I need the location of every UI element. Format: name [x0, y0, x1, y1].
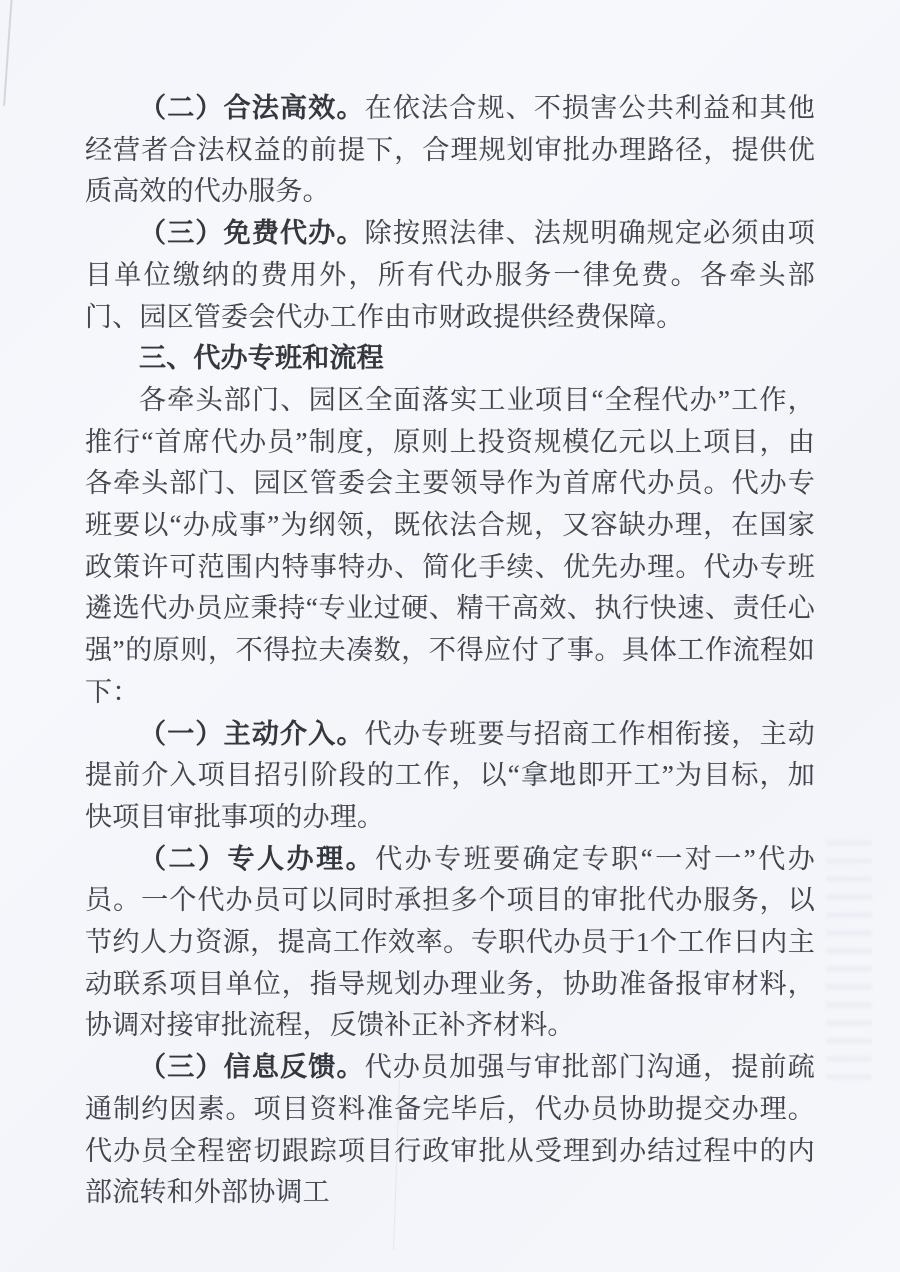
paragraph: （二）合法高效。在依法合规、不损害公共利益和其他经营者合法权益的前提下，合理规划…	[85, 88, 815, 213]
scan-edge-artifact	[3, 0, 13, 106]
paragraph: （三）免费代办。除按照法律、法规明确规定必须由项目单位缴纳的费用外，所有代办服务…	[85, 213, 815, 338]
ink-bleed-artifact	[826, 840, 872, 1080]
paragraph-lead: （一）主动介入。	[139, 719, 365, 749]
paragraph-lead: （二）专人办理。	[139, 844, 375, 874]
paragraph: （一）主动介入。代办专班要与招商工作相衔接，主动提前介入项目招引阶段的工作，以“…	[85, 714, 815, 839]
paragraph-lead: （二）合法高效。	[139, 93, 365, 123]
scanned-page: （二）合法高效。在依法合规、不损害公共利益和其他经营者合法权益的前提下，合理规划…	[0, 0, 900, 1272]
paragraph-lead: （三）免费代办。	[139, 218, 365, 248]
paragraph-text: 各牵头部门、园区全面落实工业项目“全程代办”工作，推行“首席代办员”制度，原则上…	[85, 385, 815, 707]
document-body: （二）合法高效。在依法合规、不损害公共利益和其他经营者合法权益的前提下，合理规划…	[85, 88, 815, 1214]
section-heading-text: 三、代办专班和流程	[139, 343, 384, 373]
paragraph: 各牵头部门、园区全面落实工业项目“全程代办”工作，推行“首席代办员”制度，原则上…	[85, 380, 815, 714]
paragraph-lead: （三）信息反馈。	[139, 1052, 365, 1082]
paragraph: （三）信息反馈。代办员加强与审批部门沟通，提前疏通制约因素。项目资料准备完毕后，…	[85, 1047, 815, 1214]
paragraph: （二）专人办理。代办专班要确定专职“一对一”代办员。一个代办员可以同时承担多个项…	[85, 839, 815, 1048]
section-heading: 三、代办专班和流程	[85, 338, 815, 380]
